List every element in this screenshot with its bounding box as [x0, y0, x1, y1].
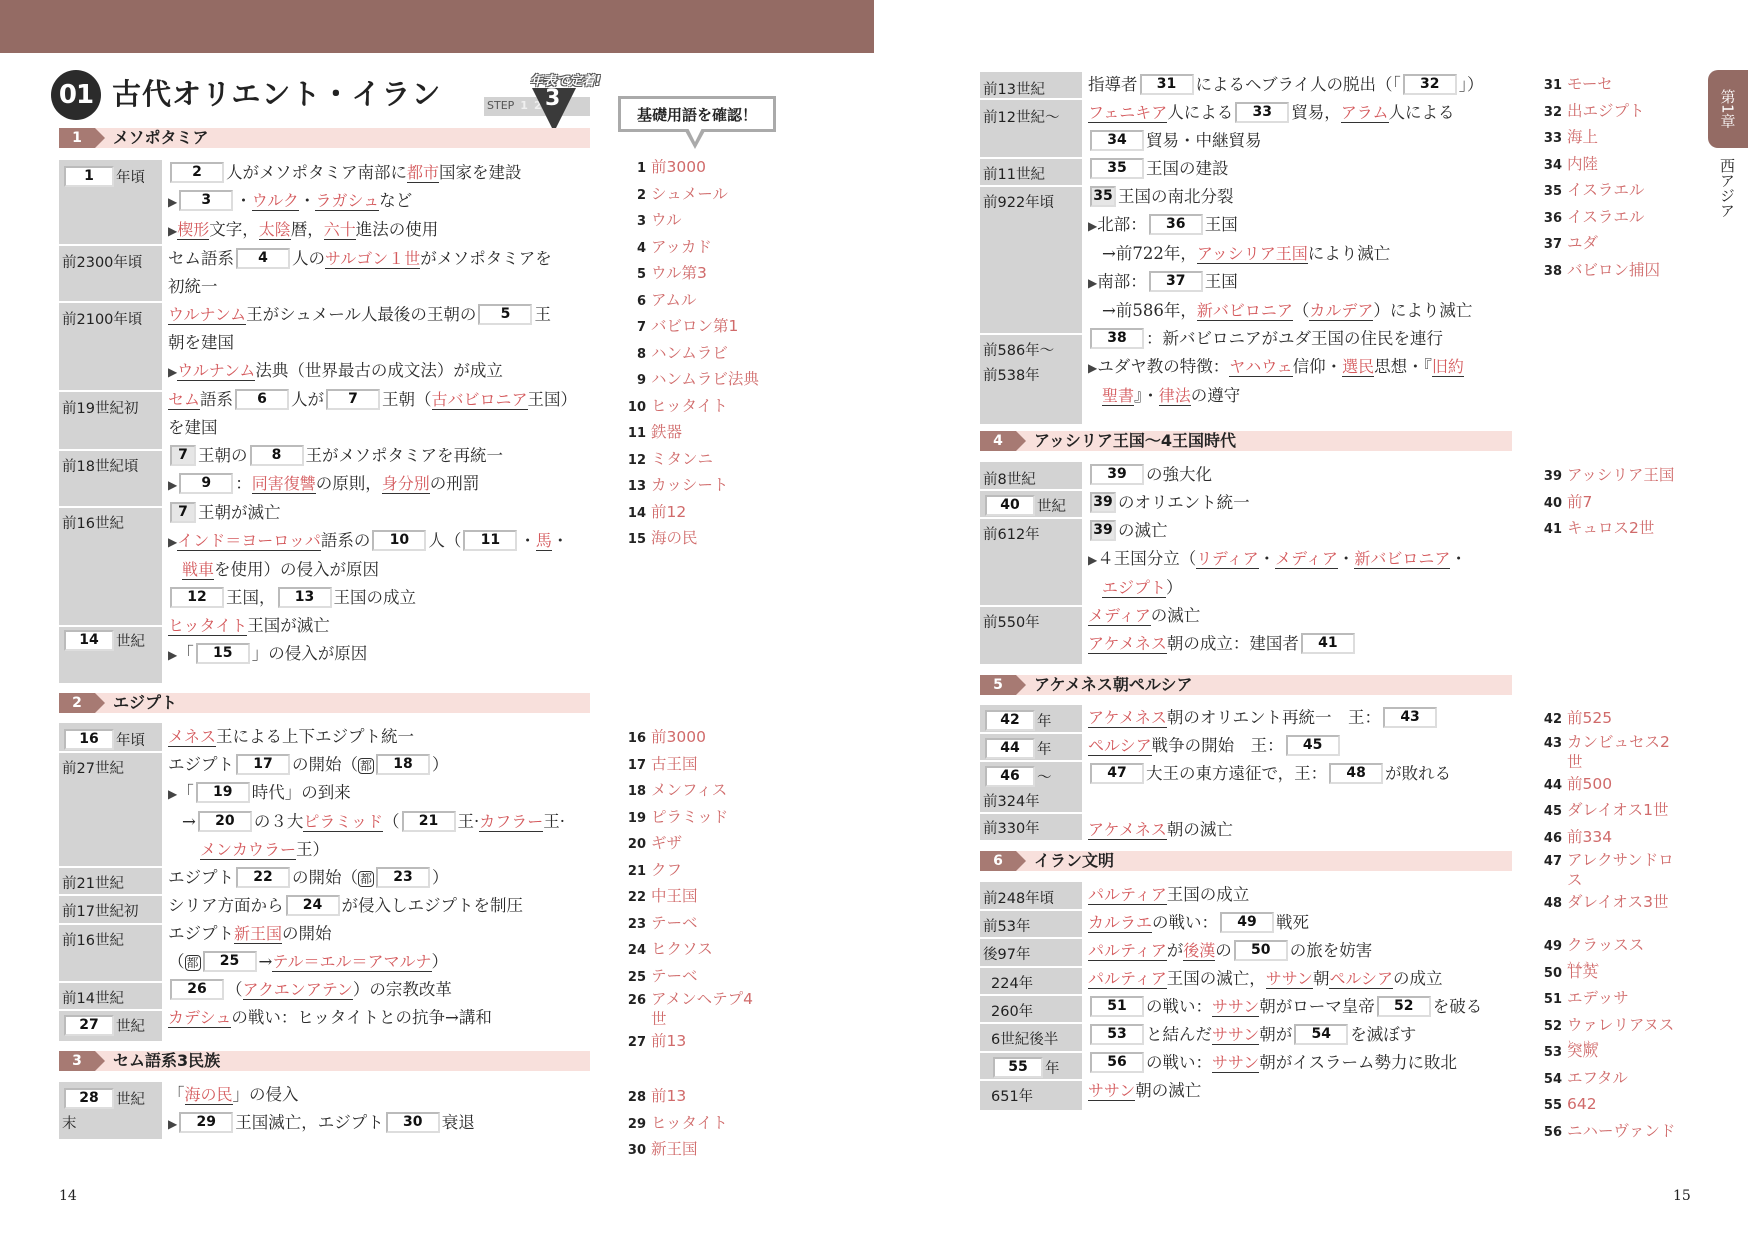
- date-cell: 46～: [983, 766, 1052, 787]
- keyword: ウルク: [252, 191, 299, 211]
- keyword: 馬: [536, 531, 552, 551]
- date-cell: 前248年頃: [983, 887, 1054, 908]
- timeline-line: ▶9：同害復讐の原則，身分別の刑罰: [168, 470, 577, 499]
- blank-box-56[interactable]: 56: [1090, 1052, 1144, 1073]
- keyword: 新王国: [234, 924, 282, 944]
- timeline-line: カデシュの戦い：ヒッタイトとの抗争→講和: [168, 1004, 565, 1032]
- keyword: 戦車: [182, 560, 214, 580]
- timeline-content-s1: 2人がメソポタミア南部に都市国家を建設 ▶3・ウルク・ラガシュなど ▶楔形文字，…: [168, 159, 577, 669]
- blank-box-10[interactable]: 10: [372, 530, 426, 551]
- keyword: アラム: [1341, 103, 1389, 123]
- keyword: ウルナンム: [177, 361, 255, 381]
- blank-box-32[interactable]: 32: [1403, 74, 1457, 95]
- keyword: ウルナンム: [168, 305, 246, 325]
- section-number: 3: [59, 1051, 95, 1071]
- keyword: 同害復讐: [252, 474, 316, 494]
- blank-box-33[interactable]: 33: [1235, 102, 1289, 123]
- answer-item: 49クラッスス: [1540, 933, 1675, 960]
- ref-box-39: 39: [1090, 492, 1116, 513]
- blank-box-14[interactable]: 14: [64, 630, 114, 651]
- page-title: 古代オリエント・イラン: [112, 72, 441, 113]
- keyword: アケメネス: [1088, 634, 1167, 654]
- blank-box-13[interactable]: 13: [278, 587, 332, 608]
- timeline-line: 39の滅亡: [1088, 517, 1467, 545]
- section-number: 2: [59, 693, 95, 713]
- date-cell: 前14世紀: [62, 987, 124, 1008]
- blank-box-9[interactable]: 9: [179, 473, 233, 494]
- bullet-triangle-icon: ▶: [168, 224, 177, 238]
- blank-box-30[interactable]: 30: [386, 1112, 440, 1133]
- blank-box-5[interactable]: 5: [478, 304, 532, 325]
- date-cell: 前612年: [983, 523, 1040, 544]
- timeline-line: ウルナンム王がシュメール人最後の王朝の5王: [168, 301, 577, 329]
- furigana: かんえい: [1567, 954, 1599, 979]
- answer-item: 17古王国: [624, 752, 753, 779]
- blank-box-47[interactable]: 47: [1090, 763, 1144, 784]
- timeline-line: セム語系6人が7王朝（古バビロニア王国）: [168, 386, 577, 414]
- blank-box-29[interactable]: 29: [179, 1112, 233, 1133]
- timeline-line: 38：新バビロニアがユダ王国の住民を連行: [1088, 325, 1484, 353]
- answer-item: ス: [1540, 871, 1674, 890]
- answer-item: 34内陸: [1540, 152, 1660, 179]
- answer-item: 19ピラミッド: [624, 805, 753, 832]
- section-header-6: 6 イラン文明: [980, 851, 1512, 871]
- answer-item: 29ヒッタイト: [624, 1111, 728, 1138]
- row-divider: [980, 909, 1082, 911]
- keyword: 律法: [1159, 386, 1191, 406]
- timeline-line: ▶４王国分立（リディア・メディア・新バビロニア・: [1088, 545, 1467, 574]
- answer-item: 4アッカド: [624, 235, 759, 262]
- blank-box-55[interactable]: 55: [993, 1057, 1043, 1078]
- capital-mark-icon: 都: [358, 871, 374, 887]
- row-divider: [59, 981, 162, 983]
- timeline-line: →前722年，アッシリア王国により滅亡: [1088, 240, 1484, 268]
- blank-box-6[interactable]: 6: [235, 389, 289, 410]
- timeline-line: 35王国の南北分裂: [1088, 183, 1484, 211]
- blank-box-46[interactable]: 46: [985, 766, 1035, 787]
- blank-box-49[interactable]: 49: [1220, 912, 1274, 933]
- section-title: セム語系3民族: [113, 1051, 220, 1071]
- blank-box-23[interactable]: 23: [376, 867, 430, 888]
- date-cell: 前550年: [983, 611, 1040, 632]
- timeline-line: 12王国，13王国の成立: [168, 584, 577, 612]
- answer-item: 13カッシート: [624, 473, 759, 500]
- date-cell: 651年: [991, 1085, 1033, 1106]
- row-divider: [980, 333, 1082, 335]
- answer-item: 18メンフィス: [624, 778, 753, 805]
- timeline-line: アケメネス朝のオリエント再統一 王：43: [1088, 704, 1451, 732]
- answer-item: 12ミタンニ: [624, 447, 759, 474]
- timeline-content-s5: アケメネス朝のオリエント再統一 王：43 ペルシア戦争の開始 王：45 47大王…: [1088, 704, 1451, 844]
- capital-mark-icon: 都: [185, 955, 201, 971]
- bullet-triangle-icon: ▶: [1088, 553, 1097, 567]
- blank-box-45[interactable]: 45: [1286, 735, 1340, 756]
- lesson-number-badge: 01: [51, 70, 101, 120]
- answer-item: 47アレクサンドロ: [1540, 851, 1674, 871]
- bubble-tail-inner: [688, 128, 702, 142]
- timeline-line: 51の戦い：ササン朝がローマ皇帝52を破る: [1088, 993, 1482, 1021]
- timeline-line: ▶楔形文字，太陰暦，六十進法の使用: [168, 216, 577, 245]
- answer-item: 7バビロン第1: [624, 314, 759, 341]
- blank-box-3[interactable]: 3: [179, 190, 233, 211]
- timeline-line: 35王国の建設: [1088, 155, 1484, 183]
- row-divider: [980, 489, 1082, 491]
- keyword: 聖書: [1102, 386, 1134, 406]
- date-cell: 前922年頃: [983, 191, 1054, 212]
- keyword: ササン: [1212, 1053, 1259, 1073]
- date-cell: 前8世紀: [983, 468, 1036, 489]
- section-title: エジプト: [113, 693, 177, 713]
- chevron-icon: [95, 1051, 105, 1071]
- date-cell: 16年頃: [62, 729, 145, 750]
- row-divider: [59, 301, 162, 303]
- section-header-4: 4 アッシリア王国～4王国時代: [980, 431, 1512, 451]
- date-cell: 前330年: [983, 817, 1040, 838]
- timeline-line: ▶「19時代」の到来: [168, 779, 565, 808]
- answer-list-2: 16前3000 17古王国 18メンフィス 19ピラミッド 20ギザ 21クフ …: [624, 725, 753, 1056]
- timeline-line: エジプト）: [1088, 574, 1467, 602]
- date-cell: 前586年～: [983, 339, 1054, 360]
- timeline-line: 7王朝が滅亡: [168, 499, 577, 527]
- answer-item: 44前500: [1540, 772, 1674, 799]
- keyword: メディア: [1275, 549, 1338, 569]
- row-divider: [980, 157, 1082, 159]
- timeline-line: →前586年，新バビロニア（カルデア）により滅亡: [1088, 297, 1484, 325]
- blank-box-31[interactable]: 31: [1140, 74, 1194, 95]
- keyword: アッシリア王国: [1197, 244, 1308, 264]
- section-number: 4: [980, 431, 1016, 451]
- keyword: 都市: [407, 163, 439, 183]
- answer-item: 26アメンヘテプ4: [624, 990, 753, 1010]
- section-header-3: 3 セム語系3民族: [59, 1051, 590, 1071]
- blank-box-41[interactable]: 41: [1301, 633, 1355, 654]
- timeline-line: セム語系4人のサルゴン１世がメソポタミアを: [168, 245, 577, 273]
- section-title: アケメネス朝ペルシア: [1034, 675, 1192, 695]
- timeline-line: 34貿易・中継貿易: [1088, 127, 1484, 155]
- bullet-triangle-icon: ▶: [168, 648, 177, 662]
- blank-box-1[interactable]: 1: [64, 166, 114, 187]
- row-divider: [59, 244, 162, 246]
- date-column-s1: [59, 160, 162, 683]
- row-divider: [980, 760, 1082, 762]
- answer-item: 45ダレイオス1世: [1540, 798, 1674, 825]
- header-bar: [0, 0, 874, 53]
- answer-item: 41キュロス2世: [1540, 516, 1674, 543]
- timeline-line: 「海の民」の侵入: [168, 1081, 475, 1109]
- date-cell: 前538年: [983, 364, 1040, 385]
- keyword: ペルシア: [1329, 969, 1393, 989]
- answer-item: 38バビロン捕囚: [1540, 258, 1660, 285]
- bullet-triangle-icon: ▶: [168, 535, 177, 549]
- section-header-2: 2 エジプト: [59, 693, 590, 713]
- blank-box-34[interactable]: 34: [1090, 130, 1144, 151]
- keyword: 旧約: [1432, 357, 1464, 377]
- timeline-line: エジプト17の開始（都18）: [168, 751, 565, 779]
- section-number: 1: [59, 128, 95, 148]
- keyword: インド＝ヨーロッパ: [177, 531, 321, 551]
- date-cell: 前17世紀初: [62, 900, 138, 921]
- row-divider: [980, 517, 1082, 519]
- answer-item: 46前334: [1540, 825, 1674, 852]
- blank-box-40[interactable]: 40: [985, 495, 1035, 516]
- chevron-icon: [1016, 851, 1026, 871]
- row-divider: [59, 390, 162, 392]
- row-divider: [59, 923, 162, 925]
- date-cell: 前53年: [983, 915, 1030, 936]
- timeline-line: ▶3・ウルク・ラガシュなど: [168, 187, 577, 216]
- blank-box-7[interactable]: 7: [326, 389, 380, 410]
- answer-item: 48ダレイオス3世: [1540, 890, 1674, 917]
- keyword: アクエンアテン: [243, 980, 353, 1000]
- row-divider: [980, 1079, 1082, 1081]
- ref-box-7: 7: [170, 502, 196, 523]
- keyword: 後漢: [1183, 941, 1215, 961]
- timeline-line: ▶北部：36王国: [1088, 211, 1484, 240]
- keyword: 六十: [324, 220, 356, 240]
- date-cell: 前27世紀: [62, 757, 124, 778]
- keyword: メンカウラー: [200, 840, 296, 860]
- timeline-content-s3b: 指導者31によるヘブライ人の脱出（「32」） フェニキア人による33貿易，アラム…: [1088, 71, 1484, 410]
- blank-box-38[interactable]: 38: [1090, 328, 1144, 349]
- blank-box-17[interactable]: 17: [236, 754, 290, 775]
- date-cell: 55年: [991, 1057, 1060, 1078]
- answer-list-6: 42前525 43カンビュセス2 世 44前500 45ダレイオス1世 46前3…: [1540, 706, 1674, 917]
- blank-box-4[interactable]: 4: [236, 248, 290, 269]
- timeline-line: カルラエの戦い：49戦死: [1088, 909, 1482, 937]
- ref-box-39: 39: [1090, 520, 1116, 541]
- step-1: 1: [517, 97, 531, 114]
- answer-item: 16前3000: [624, 725, 753, 752]
- row-divider: [59, 506, 162, 508]
- blank-box-48[interactable]: 48: [1329, 763, 1383, 784]
- blank-box-28[interactable]: 28: [64, 1088, 114, 1109]
- answer-item: 15海の民: [624, 526, 759, 553]
- blank-box-19[interactable]: 19: [196, 782, 250, 803]
- timeline-line: 56の戦い：ササン朝がイスラーム勢力に敗北: [1088, 1049, 1482, 1077]
- blank-box-8[interactable]: 8: [250, 445, 304, 466]
- answer-item: 22中王国: [624, 884, 753, 911]
- keyword: リディア: [1196, 549, 1258, 569]
- step-badge-text: 年表で定着!: [530, 70, 601, 89]
- blank-box-39[interactable]: 39: [1090, 464, 1144, 485]
- answer-item: 5ウル第3: [624, 261, 759, 288]
- row-divider: [980, 994, 1082, 996]
- answer-item: 9ハンムラビ法典: [624, 367, 759, 394]
- blank-box-44[interactable]: 44: [985, 738, 1035, 759]
- keyword: メディア: [1088, 606, 1151, 626]
- answer-item: 27前13: [624, 1029, 753, 1056]
- row-divider: [980, 1022, 1082, 1024]
- keyword: ササン: [1088, 1081, 1135, 1101]
- blank-box-22[interactable]: 22: [236, 867, 290, 888]
- blank-box-37[interactable]: 37: [1149, 271, 1203, 292]
- date-cell: 前19世紀初: [62, 397, 138, 418]
- timeline-line: ▶インド＝ヨーロッパ語系の10人（11・馬・: [168, 527, 577, 556]
- answer-item: 35イスラエル: [1540, 178, 1660, 205]
- date-cell: 27世紀: [62, 1015, 145, 1036]
- date-cell: 前12世紀～: [983, 106, 1059, 127]
- keyword: ササン: [1266, 969, 1313, 989]
- blank-box-11[interactable]: 11: [463, 530, 517, 551]
- keyword: 太陰: [259, 220, 291, 240]
- timeline-line: エジプト22の開始（都23）: [168, 864, 565, 892]
- timeline-line: 聖書』・律法の遵守: [1088, 382, 1484, 410]
- blank-box-12[interactable]: 12: [170, 587, 224, 608]
- date-cell: 224年: [991, 972, 1033, 993]
- answer-item: 43カンビュセス2: [1540, 733, 1674, 753]
- bullet-triangle-icon: ▶: [168, 1117, 177, 1131]
- blank-box-24[interactable]: 24: [286, 895, 340, 916]
- blank-box-15[interactable]: 15: [196, 643, 250, 664]
- keyword: カルデア: [1309, 301, 1373, 321]
- date-cell: 前13世紀: [983, 78, 1045, 99]
- section-title: イラン文明: [1034, 851, 1114, 871]
- blank-box-50[interactable]: 50: [1234, 940, 1288, 961]
- date-cell: 前2100年頃: [62, 308, 142, 329]
- bullet-triangle-icon: ▶: [168, 365, 177, 379]
- blank-box-42[interactable]: 42: [985, 710, 1035, 731]
- row-divider: [59, 625, 162, 627]
- chevron-icon: [95, 128, 105, 148]
- timeline-line: 7王朝の8王がメソポタミアを再統一: [168, 442, 577, 470]
- date-column-s4: [980, 462, 1082, 664]
- blank-box-21[interactable]: 21: [402, 811, 456, 832]
- keyword: ヤハウェ: [1229, 357, 1292, 377]
- blank-box-16[interactable]: 16: [64, 729, 114, 750]
- keyword: パルティア: [1088, 885, 1167, 905]
- bullet-triangle-icon: ▶: [168, 478, 177, 492]
- timeline-line: ▶ウルナンム法典（世界最古の成文法）が成立: [168, 357, 577, 386]
- date-cell: 前18世紀頃: [62, 455, 138, 476]
- answer-item: 51エデッサ: [1540, 986, 1675, 1013]
- page-number-left: 14: [59, 1188, 77, 1204]
- answer-item: 11鉄器: [624, 420, 759, 447]
- blank-box-43[interactable]: 43: [1383, 707, 1437, 728]
- date-cell: 6世紀後半: [991, 1028, 1058, 1049]
- timeline-line: メンカウラー王）: [168, 836, 565, 864]
- answer-item: 37ユダ: [1540, 231, 1660, 258]
- answer-item: 39アッシリア王国: [1540, 463, 1674, 490]
- blank-box-51[interactable]: 51: [1090, 996, 1144, 1017]
- timeline-line: 指導者31によるヘブライ人の脱出（「32」）: [1088, 71, 1484, 99]
- date-cell: 14世紀: [62, 630, 145, 651]
- answer-item: 55642: [1540, 1092, 1675, 1119]
- date-cell: 前324年: [983, 790, 1040, 811]
- row-divider: [980, 732, 1082, 734]
- timeline-line: ヒッタイト王国が滅亡: [168, 612, 577, 640]
- keyword: ササン: [1212, 997, 1259, 1017]
- blank-box-52[interactable]: 52: [1377, 996, 1431, 1017]
- chapter-tab[interactable]: 第1章: [1708, 70, 1748, 148]
- answer-item: 28前13: [624, 1084, 728, 1111]
- blank-box-25[interactable]: 25: [203, 951, 257, 972]
- answer-item: 世: [624, 1010, 753, 1029]
- timeline-line: パルティアが後漢の50の旅を妨害: [1088, 937, 1482, 965]
- blank-box-18[interactable]: 18: [376, 754, 430, 775]
- section-title: アッシリア王国～4王国時代: [1034, 431, 1236, 451]
- answer-list-3: 28前13 29ヒッタイト 30新王国: [624, 1084, 728, 1164]
- answer-item: 42前525: [1540, 706, 1674, 733]
- ref-box-35: 35: [1090, 186, 1116, 207]
- answer-item: 3ウル: [624, 208, 759, 235]
- keyword: ヒッタイト: [168, 616, 247, 636]
- timeline-line: パルティア王国の成立: [1088, 881, 1482, 909]
- timeline-line: 初統一: [168, 273, 577, 301]
- timeline-line: ▶南部：37王国: [1088, 268, 1484, 297]
- timeline-line: シリア方面から24が侵入しエジプトを制圧: [168, 892, 565, 920]
- section-number: 5: [980, 675, 1016, 695]
- row-divider: [980, 185, 1082, 187]
- answer-item: 32出エジプト: [1540, 99, 1660, 126]
- timeline-line: 戦車を使用）の侵入が原因: [168, 556, 577, 584]
- date-cell: 1年頃: [62, 166, 145, 187]
- answer-item: 56ニハーヴァンド: [1540, 1119, 1675, 1146]
- keyword: 新バビロニア: [1354, 549, 1450, 569]
- answer-item: 24ヒクソス: [624, 937, 753, 964]
- timeline-line: [1088, 788, 1451, 816]
- timeline-line: ▶29王国滅亡，エジプト30衰退: [168, 1109, 475, 1138]
- blank-box-2[interactable]: 2: [170, 162, 224, 183]
- bullet-triangle-icon: ▶: [168, 787, 177, 801]
- chevron-icon: [1016, 431, 1026, 451]
- timeline-line: ペルシア戦争の開始 王：45: [1088, 732, 1451, 760]
- timeline-line: →20の３大ピラミッド（21王·カフラー王·: [168, 808, 565, 836]
- answer-item: 世: [1540, 753, 1674, 772]
- timeline-line: メネス王による上下エジプト統一: [168, 723, 565, 751]
- answer-item: 50かんえい甘英: [1540, 960, 1675, 987]
- answer-item: 2シュメール: [624, 182, 759, 209]
- timeline-content-s4: 39の強大化 39のオリエント統一 39の滅亡 ▶４王国分立（リディア・メディア…: [1088, 461, 1467, 658]
- keyword: 海の民: [185, 1085, 233, 1105]
- timeline-line: フェニキア人による33貿易，アラム人による: [1088, 99, 1484, 127]
- answer-item: 1前3000: [624, 155, 759, 182]
- keyword: ピラミッド: [303, 812, 383, 832]
- keyword: セム: [168, 390, 200, 410]
- blank-box-20[interactable]: 20: [198, 811, 252, 832]
- date-cell: 末: [62, 1112, 77, 1133]
- timeline-line: メディアの滅亡: [1088, 602, 1467, 630]
- keyword: カルラエ: [1088, 913, 1152, 933]
- blank-box-26[interactable]: 26: [170, 979, 224, 1000]
- date-cell: 28世紀: [62, 1088, 145, 1109]
- section-title: メソポタミア: [113, 128, 209, 148]
- capital-mark-icon: 都: [358, 758, 374, 774]
- chevron-icon: [1016, 675, 1026, 695]
- timeline-line: ササン朝の滅亡: [1088, 1077, 1482, 1105]
- answer-item: 53とっけつ突厥: [1540, 1039, 1675, 1066]
- blank-box-54[interactable]: 54: [1294, 1024, 1348, 1045]
- row-divider: [980, 605, 1082, 607]
- blank-box-27[interactable]: 27: [64, 1015, 114, 1036]
- date-cell: 前11世紀: [983, 163, 1045, 184]
- date-cell: 42年: [983, 710, 1052, 731]
- answer-item: 21クフ: [624, 858, 753, 885]
- blank-box-35[interactable]: 35: [1090, 158, 1144, 179]
- section-header-5: 5 アケメネス朝ペルシア: [980, 675, 1512, 695]
- answer-item: 52ウァレリアヌス: [1540, 1013, 1675, 1040]
- timeline-line: アケメネス朝の成立：建国者41: [1088, 630, 1467, 658]
- timeline-line: 朝を建国: [168, 329, 577, 357]
- timeline-line: ▶ユダヤ教の特徴：ヤハウェ信仰・選民思想・『旧約: [1088, 353, 1484, 382]
- blank-box-36[interactable]: 36: [1149, 214, 1203, 235]
- row-divider: [59, 894, 162, 896]
- step-current: 3: [545, 86, 560, 111]
- bullet-triangle-icon: ▶: [168, 195, 177, 209]
- chevron-icon: [95, 693, 105, 713]
- answer-item: 10ヒッタイト: [624, 394, 759, 421]
- blank-box-53[interactable]: 53: [1090, 1024, 1144, 1045]
- row-divider: [59, 751, 162, 753]
